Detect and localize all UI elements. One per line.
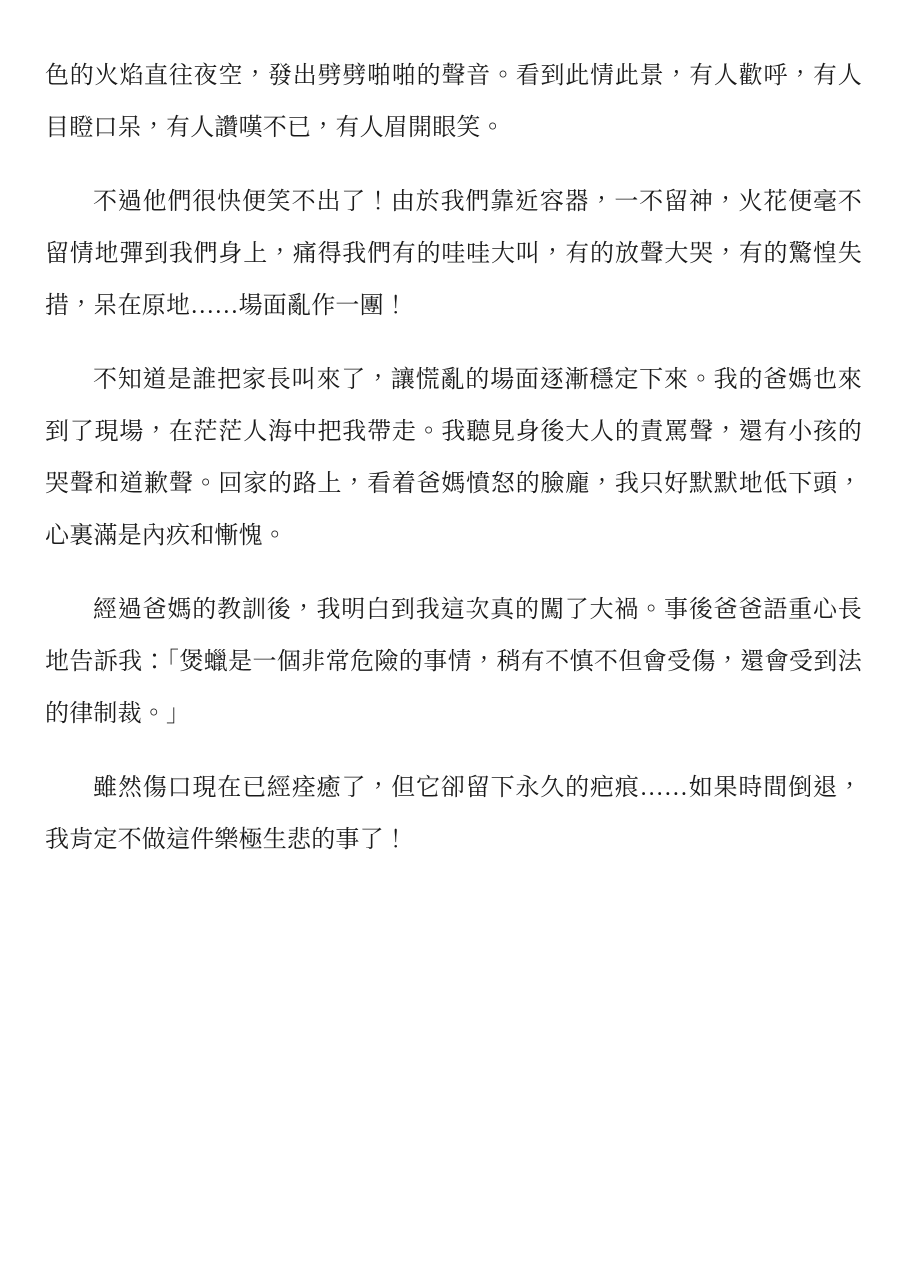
paragraph: 色的火焰直往夜空，發出劈劈啪啪的聲音。看到此情此景，有人歡呼，有人目瞪口呆，有人…	[45, 50, 862, 154]
paragraph: 不知道是誰把家長叫來了，讓慌亂的場面逐漸穩定下來。我的爸媽也來到了現場，在茫茫人…	[45, 354, 862, 562]
paragraph: 雖然傷口現在已經痊癒了，但它卻留下永久的疤痕……如果時間倒退，我肯定不做這件樂極…	[45, 762, 862, 866]
paragraph: 不過他們很快便笑不出了！由於我們靠近容器，一不留神，火花便毫不留情地彈到我們身上…	[45, 176, 862, 332]
paragraph: 經過爸媽的教訓後，我明白到我這次真的闖了大禍。事後爸爸語重心長地告訴我：「煲蠟是…	[45, 584, 862, 740]
document-page: 色的火焰直往夜空，發出劈劈啪啪的聲音。看到此情此景，有人歡呼，有人目瞪口呆，有人…	[0, 0, 905, 1280]
